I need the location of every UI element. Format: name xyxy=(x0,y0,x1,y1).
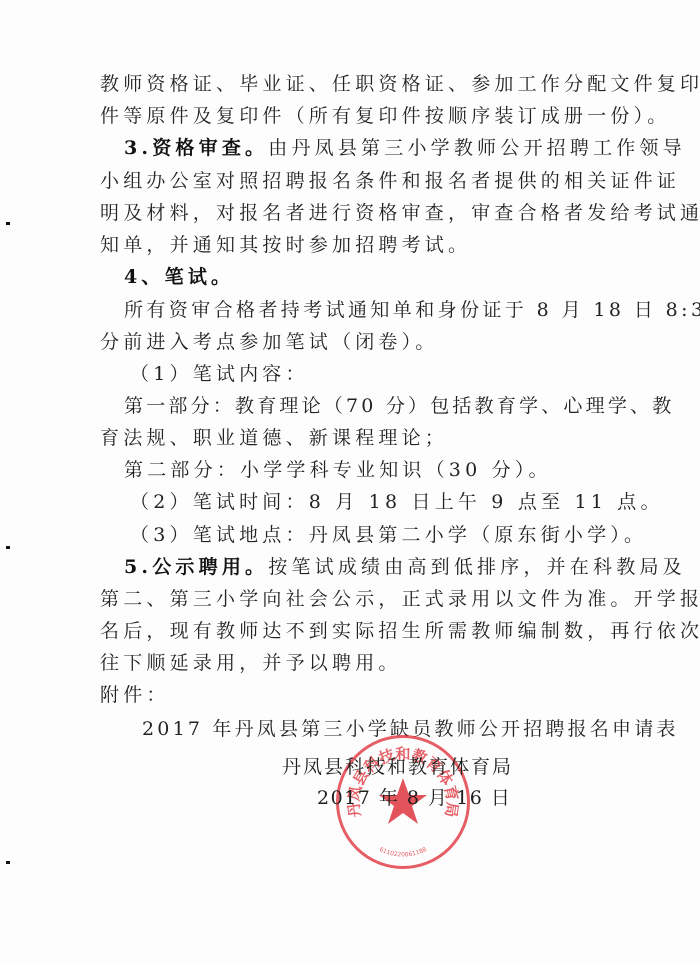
attachment-label: 附件： xyxy=(100,679,595,711)
body-line: 名后，现有教师达不到实际招生所需教师编制数，再行依次 xyxy=(100,615,595,647)
attachment-title[interactable]: 2017 年丹凤县第三小学缺员教师公开招聘报名申请表 xyxy=(142,713,602,745)
body-line: 知单，并通知其按时参加招聘考试。 xyxy=(100,229,595,261)
issuer-name: 丹凤县科技和教育体育局 xyxy=(282,752,513,782)
body-line: 第一部分：教育理论（70 分）包括教育学、心理学、教 xyxy=(124,390,594,422)
body-line: （1）笔试内容： xyxy=(130,358,625,390)
svg-text:6110220061188: 6110220061188 xyxy=(378,846,428,858)
line-text: 按笔试成绩由高到低排序，并在科教局及 xyxy=(268,556,686,578)
body-line: 分前进入考点参加笔试（闭卷）。 xyxy=(100,326,595,358)
line-text: 明及材料，对报名者进行资格审查，审查合格者发给考试通 xyxy=(100,202,700,224)
line-text: 第二、第三小学向社会公示，正式录用以文件为准。开学报 xyxy=(100,588,700,610)
line-text: 附件： xyxy=(100,684,170,706)
document-page: 教师资格证、毕业证、任职资格证、参加工作分配文件复印 件等原件及复印件（所有复印… xyxy=(0,0,700,964)
body-line: 育法规、职业道德、新课程理论； xyxy=(100,422,595,454)
body-line: 往下顺延录用，并予以聘用。 xyxy=(100,647,595,679)
body-line: 明及材料，对报名者进行资格审查，审查合格者发给考试通 xyxy=(100,197,595,229)
body-line: （2）笔试时间：8 月 18 日上午 9 点至 11 点。 xyxy=(130,486,625,518)
body-line: 件等原件及复印件（所有复印件按顺序装订成册一份）。 xyxy=(100,100,595,132)
line-text: 往下顺延录用，并予以聘用。 xyxy=(100,652,402,674)
body-line: 第二、第三小学向社会公示，正式录用以文件为准。开学报 xyxy=(100,583,595,615)
issue-date: 2017 年 8 月 16 日 xyxy=(317,783,511,813)
line-text: 由丹凤县第三小学教师公开招聘工作领导 xyxy=(268,137,686,159)
binding-mark xyxy=(6,861,10,864)
line-text: 知单，并通知其按时参加招聘考试。 xyxy=(100,234,471,256)
section-3-heading-line: 3.资格审查。由丹凤县第三小学教师公开招聘工作领导 xyxy=(124,132,594,164)
line-text: 第一部分：教育理论（70 分）包括教育学、心理学、教 xyxy=(124,395,674,417)
line-text: 育法规、职业道德、新课程理论； xyxy=(100,427,448,449)
section-4-heading-line: 4、笔试。 xyxy=(124,261,594,293)
section-5-heading-line: 5.公示聘用。按笔试成绩由高到低排序，并在科教局及 xyxy=(124,551,594,583)
body-line: 小组办公室对照招聘报名条件和报名者提供的相关证件证 xyxy=(100,165,595,197)
line-text: 所有资审合格者持考试通知单和身份证于 8 月 18 日 8:30 xyxy=(124,299,700,321)
line-text: 小组办公室对照招聘报名条件和报名者提供的相关证件证 xyxy=(100,170,680,192)
section-heading: 3.资格审查。 xyxy=(124,137,268,159)
attachment-link-text: 2017 年丹凤县第三小学缺员教师公开招聘报名申请表 xyxy=(142,718,679,740)
body-line: 所有资审合格者持考试通知单和身份证于 8 月 18 日 8:30 xyxy=(124,294,594,326)
line-text: （2）笔试时间：8 月 18 日上午 9 点至 11 点。 xyxy=(130,491,664,513)
line-text: 件等原件及复印件（所有复印件按顺序装订成册一份）。 xyxy=(100,105,671,127)
line-text: 名后，现有教师达不到实际招生所需教师编制数，再行依次 xyxy=(100,620,700,642)
line-text: （3）笔试地点：丹凤县第二小学（原东街小学）。 xyxy=(130,524,647,546)
line-text: 教师资格证、毕业证、任职资格证、参加工作分配文件复印 xyxy=(100,73,700,95)
body-line: 第二部分：小学学科专业知识（30 分）。 xyxy=(124,454,594,486)
section-heading: 5.公示聘用。 xyxy=(124,556,268,578)
body-line: （3）笔试地点：丹凤县第二小学（原东街小学）。 xyxy=(130,519,625,551)
line-text: 分前进入考点参加笔试（闭卷）。 xyxy=(100,331,439,353)
line-text: （1）笔试内容： xyxy=(130,363,309,385)
body-line: 教师资格证、毕业证、任职资格证、参加工作分配文件复印 xyxy=(100,68,595,100)
line-text: 第二部分：小学学科专业知识（30 分）。 xyxy=(124,459,552,481)
binding-mark xyxy=(6,222,10,225)
section-heading: 4、笔试。 xyxy=(124,266,234,288)
binding-mark xyxy=(6,546,10,549)
